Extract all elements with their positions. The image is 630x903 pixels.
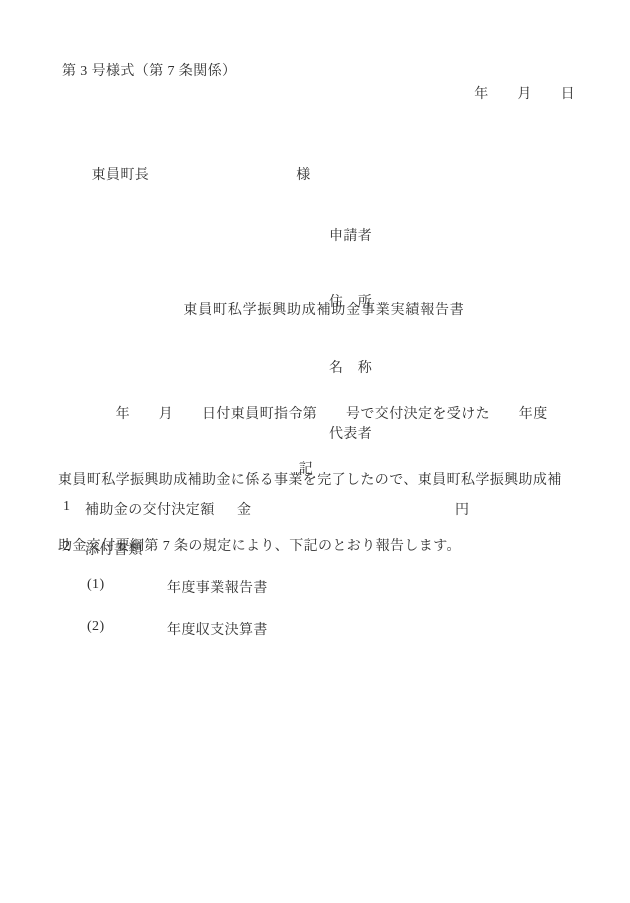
document-title: 東員町私学振興助成補助金事業実績報告書	[18, 300, 630, 322]
attachment-2-number: (2)	[87, 619, 105, 635]
form-number: 第 3 号様式（第 7 条関係）	[62, 61, 236, 83]
item-1-row: 1 補助金の交付決定額 金 円	[0, 499, 630, 521]
item-1-number: 1	[63, 499, 70, 515]
document-page: 第 3 号様式（第 7 条関係） 年 月 日 東員町長様 申請者 住 所 名 称…	[0, 0, 630, 903]
addressee-name: 東員町長	[92, 168, 150, 183]
attachment-1-number: (1)	[87, 577, 105, 593]
date-line: 年 月 日	[474, 84, 575, 106]
applicant-role-label: 申請者	[329, 226, 372, 248]
item-2-number: 2	[63, 539, 70, 555]
item-2-label: 添付書類	[85, 539, 143, 559]
attachment-1-label: 年度事業報告書	[167, 577, 268, 597]
attachment-2-label: 年度収支決算書	[167, 619, 268, 639]
attachment-1-row: (1) 年度事業報告書	[0, 577, 630, 599]
item-1-amount-suffix: 円	[455, 499, 469, 519]
attachment-2-row: (2) 年度収支決算書	[0, 619, 630, 641]
addressee-honorific: 様	[296, 168, 310, 183]
body-paragraph: 年 月 日付東員町指令第 号で交付決定を受けた 年度 東員町私学振興助成補助金に…	[58, 360, 578, 602]
item-1-label: 補助金の交付決定額	[85, 499, 215, 519]
record-marker: 記	[0, 459, 612, 481]
addressee-line: 東員町長様	[76, 143, 311, 209]
body-line-1: 年 月 日付東員町指令第 号で交付決定を受けた 年度	[58, 404, 578, 426]
item-2-row: 2 添付書類	[0, 539, 630, 561]
item-1-amount-prefix: 金	[237, 499, 251, 519]
